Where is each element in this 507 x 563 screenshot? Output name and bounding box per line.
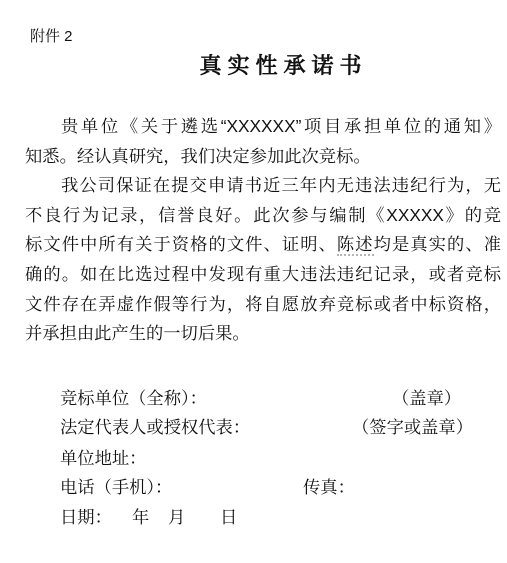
form-row-address: 单位地址：: [0, 446, 507, 470]
body-line-5-pre: 标文件中所有关于资格的文件、证明、: [25, 234, 337, 254]
date-month-label: 月: [168, 505, 185, 529]
date-day-label: 日: [220, 505, 237, 529]
document-title-text: 真实性承诺书: [199, 53, 367, 78]
representative-label: 法定代表人或授权代表：: [60, 415, 250, 439]
body-line-6: 确的。如在比选过程中发现有重大违法违纪记录，或者竞标: [25, 260, 501, 290]
form-row-phone-fax: 电话（手机）： 传真：: [0, 475, 507, 499]
body-line-5-underlined-word: 陈述: [337, 234, 374, 256]
document-title: 真实性承诺书: [0, 51, 507, 81]
date-year-label: 年: [132, 505, 149, 529]
attachment-label: 附件 2: [30, 27, 73, 47]
address-label: 单位地址：: [60, 446, 146, 470]
document-page: 附件 2 真实性承诺书 贵单位《关于遴选“XXXXXX”项目承担单位的通知》 知…: [0, 0, 507, 563]
body-line-5-post: 均是真实的、准: [374, 234, 501, 254]
phone-label: 电话（手机）：: [60, 475, 172, 499]
stamp-note: （盖章）: [392, 386, 461, 410]
body-line-4: 不良行为记录，信誉良好。此次参与编制《XXXXX》的竞: [25, 201, 501, 231]
form-row-representative: 法定代表人或授权代表： （签字或盖章）: [0, 415, 507, 439]
signature-or-stamp-note: （签字或盖章）: [352, 415, 473, 439]
date-label: 日期：: [60, 505, 112, 529]
form-row-bidder: 竞标单位（全称）： （盖章）: [0, 386, 507, 410]
fax-label: 传真：: [303, 475, 355, 499]
body-line-5: 标文件中所有关于资格的文件、证明、陈述均是真实的、准: [25, 230, 501, 260]
body-paragraphs: 贵单位《关于遴选“XXXXXX”项目承担单位的通知》 知悉。经认真研究，我们决定…: [25, 112, 501, 349]
bidder-name-label: 竞标单位（全称）：: [60, 386, 207, 410]
body-line-8: 并承担由此产生的一切后果。: [25, 319, 501, 349]
form-row-date: 日期： 年 月 日: [0, 505, 507, 529]
body-line-2: 知悉。经认真研究，我们决定参加此次竞标。: [25, 142, 501, 172]
body-line-1: 贵单位《关于遴选“XXXXXX”项目承担单位的通知》: [25, 112, 501, 142]
body-line-7: 文件存在弄虚作假等行为，将自愿放弃竞标或者中标资格，: [25, 290, 501, 320]
body-line-3: 我公司保证在提交申请书近三年内无违法违纪行为，无: [25, 171, 501, 201]
